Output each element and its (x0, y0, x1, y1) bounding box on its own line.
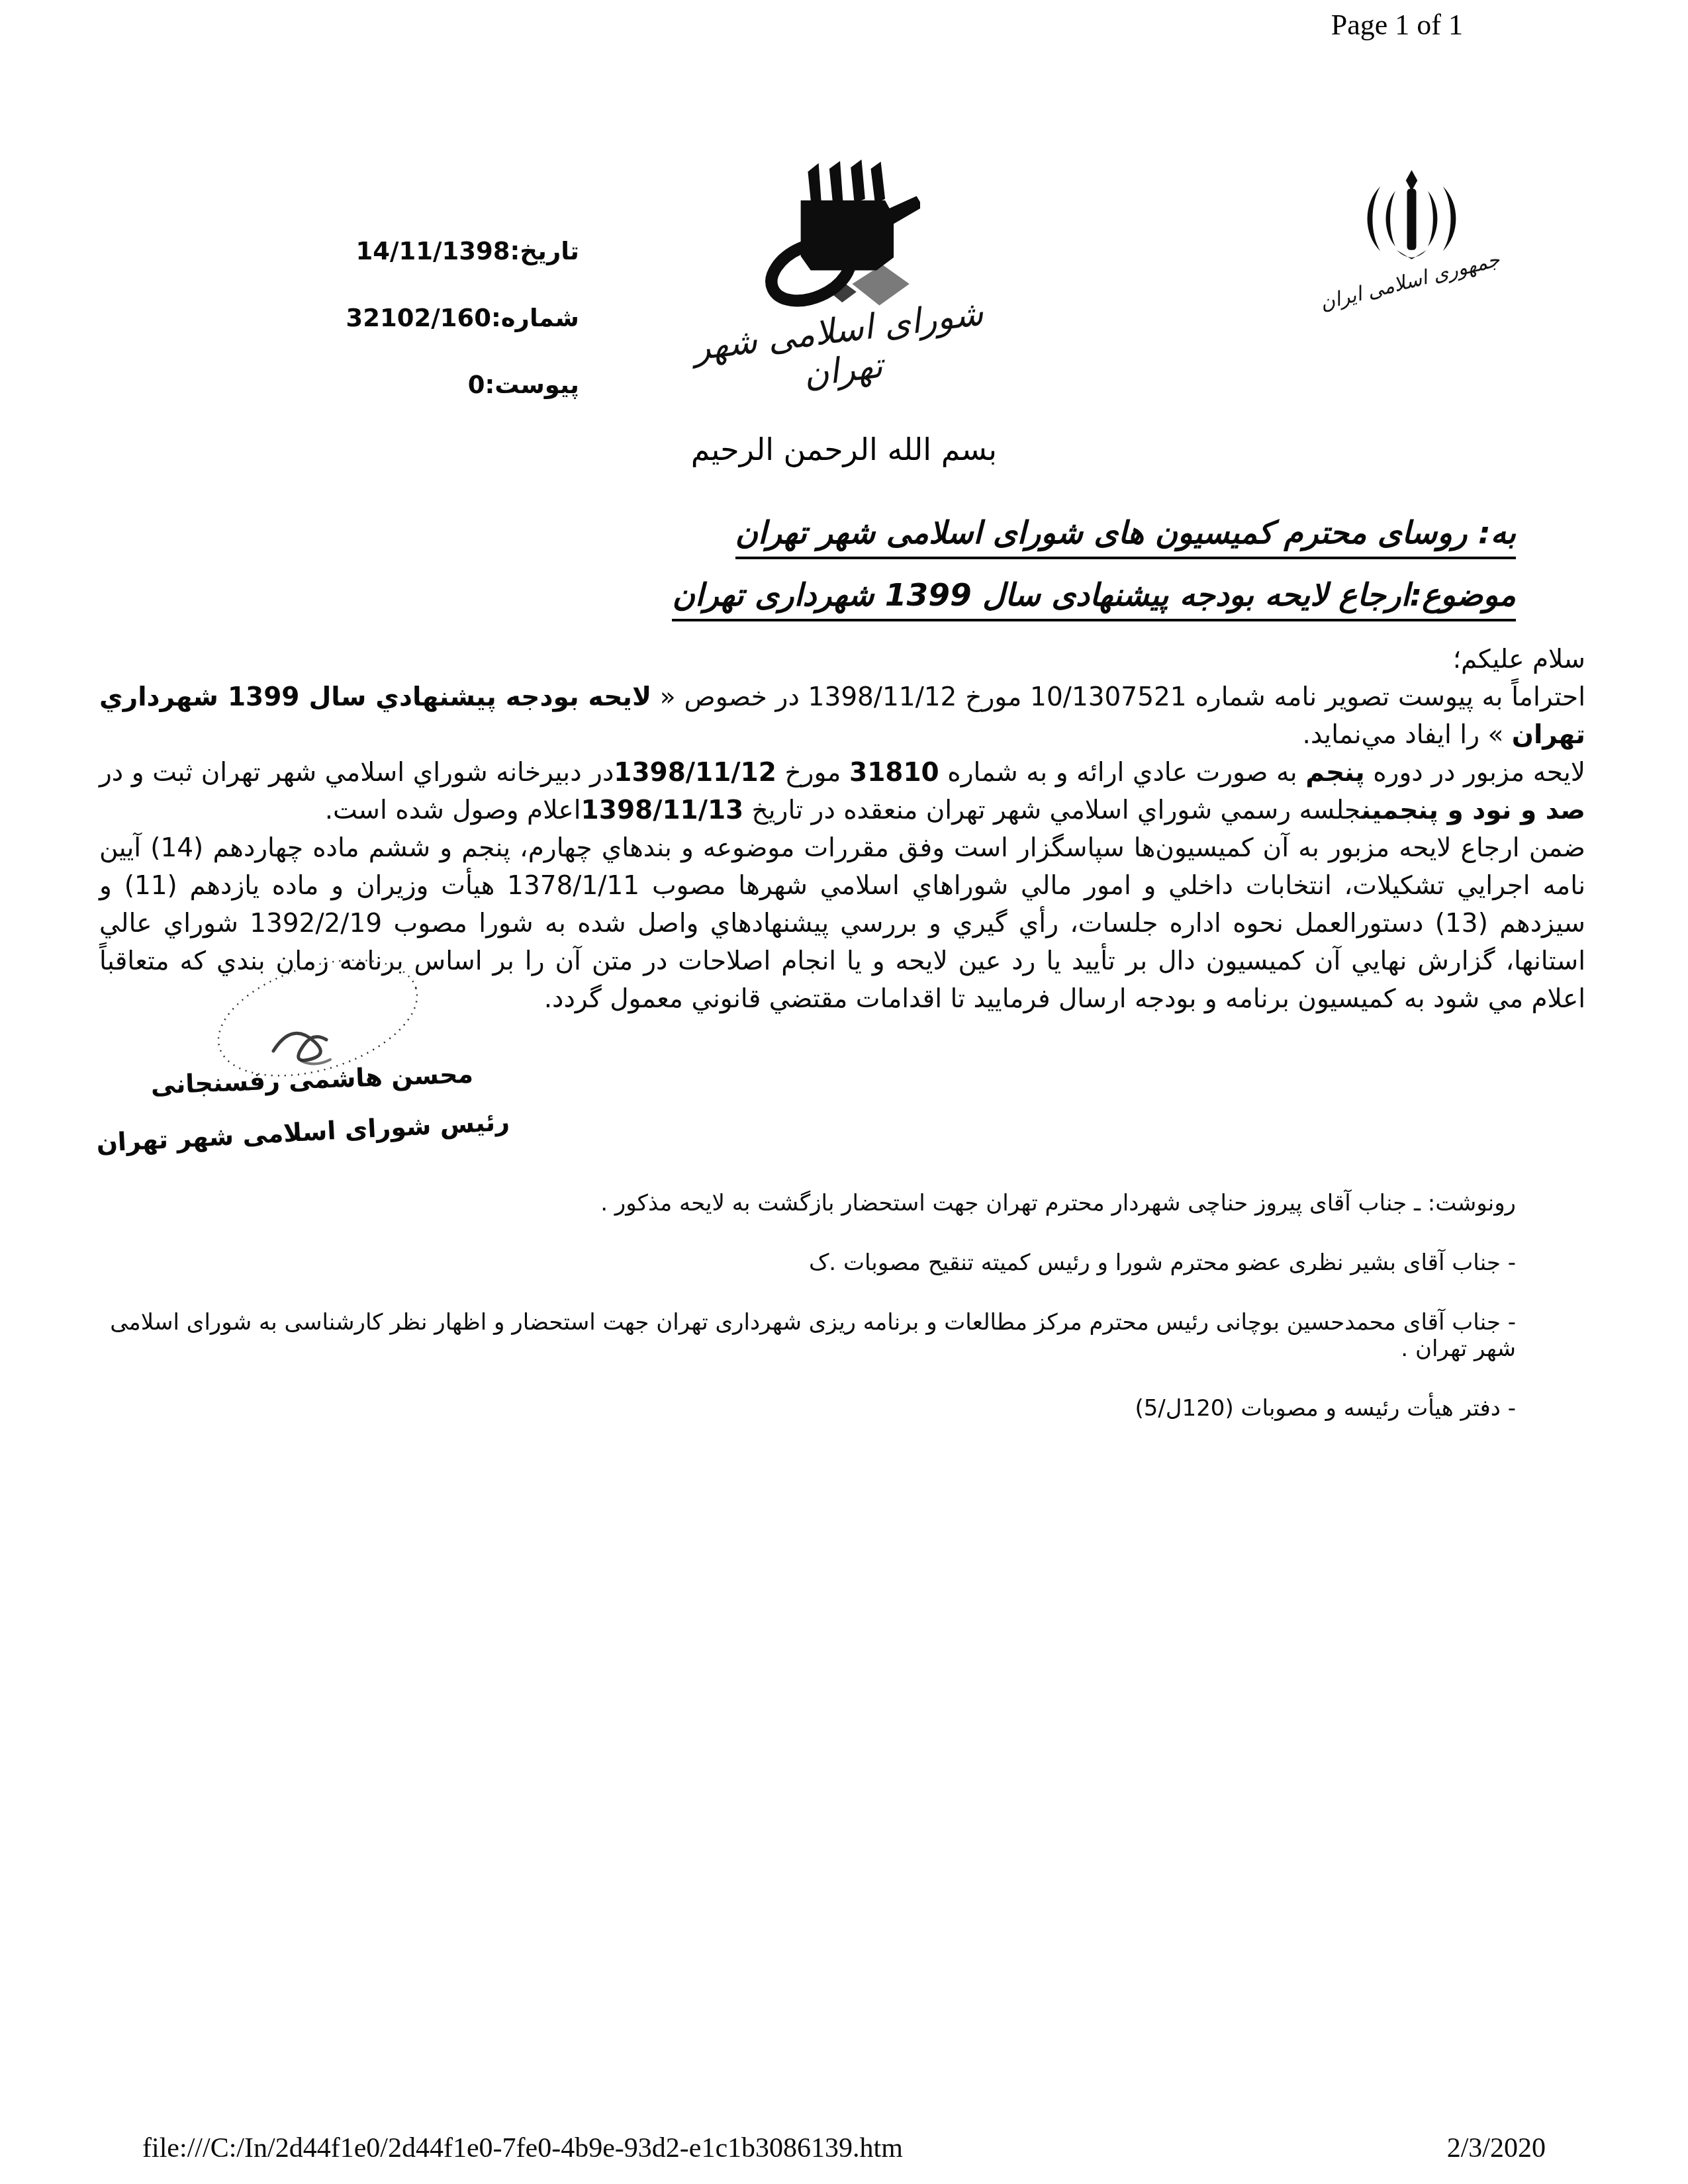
cc-item: - جناب آقای بشیر نظری عضو محترم شورا و ر… (99, 1250, 1516, 1276)
body-text-segment: » را ایفاد مي‌نماید. (1302, 720, 1511, 750)
print-footer-url: file:///C:/In/2d44f1e0/2d44f1e0-7fe0-4b9… (142, 2132, 903, 2164)
print-page-number: Page 1 of 1 (1331, 8, 1463, 42)
basmala: بسم الله الرحمن الرحیم (0, 432, 1688, 467)
body-text-segment: سلام علیکم؛ (1453, 645, 1585, 674)
letter-attachment: پیوست:0 (346, 371, 579, 399)
body-text-segment: 1398/11/12 (614, 758, 776, 788)
to-line: به: روسای محترم کمیسیون های شورای اسلامی… (735, 515, 1516, 551)
cc-item: - جناب آقای محمدحسین بوچانی رئیس محترم م… (99, 1309, 1516, 1362)
letter-date: تاریخ:14/11/1398 (346, 237, 579, 265)
subject-line: موضوع:ارجاع لایحه بودجه پیشنهادی سال 139… (672, 577, 1516, 614)
body-text-segment: جلسه رسمي شوراي اسلامي شهر تهران منعقده … (743, 796, 1361, 825)
signer-title: رئیس شورای اسلامی شهر تهران (165, 1107, 510, 1154)
letterhead-meta: تاریخ:14/11/1398 شماره:32102/160 پیوست:0 (346, 237, 579, 437)
to-line-text: به: روسای محترم کمیسیون های شورای اسلامی… (735, 515, 1516, 559)
subject-line-text: موضوع:ارجاع لایحه بودجه پیشنهادی سال 139… (672, 577, 1516, 621)
body-text-segment: اعلام وصول شده است. (325, 796, 581, 825)
body-text-segment: مورخ (776, 758, 849, 788)
body-text-segment: 1398/11/13 (581, 796, 744, 825)
body-text-segment: در دبیرخانه شوراي اسلامي شهر تهران ثبت و… (99, 758, 614, 788)
cc-item: - دفتر هیأت رئیسه و مصوبات (120ل/5) (99, 1395, 1516, 1422)
letter-number: شماره:32102/160 (346, 304, 579, 332)
body-text-segment: به صورت عادي ارائه و به شماره (939, 758, 1306, 788)
print-footer-date: 2/3/2020 (1447, 2132, 1546, 2164)
body-text-segment: صد و نود و پنجمین (1361, 796, 1585, 825)
body-text-segment: پنجم (1305, 758, 1364, 788)
body-text-segment: 31810 (849, 758, 939, 788)
printed-letter-page: Page 1 of 1 تاریخ:14/11/1398 شماره:32102… (0, 0, 1688, 2184)
body-text-segment: احتراماً به پیوست تصویر نامه شماره 10/13… (651, 682, 1585, 712)
cc-item: رونوشت: ـ جناب آقای پیروز حناچی شهردار م… (99, 1190, 1516, 1216)
body-text-segment: لایحه مزبور در دوره (1365, 758, 1585, 788)
cc-list: رونوشت: ـ جناب آقای پیروز حناچی شهردار م… (99, 1190, 1516, 1455)
